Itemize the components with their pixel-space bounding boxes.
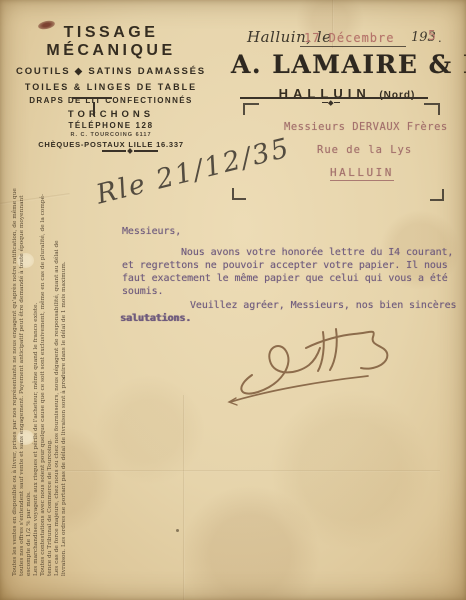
terms-sidebar: Toutes les ventes en disponible ou à liv… bbox=[12, 186, 74, 578]
contact-divider bbox=[102, 149, 158, 153]
company-city: HALLUIN (Nord) bbox=[231, 86, 463, 101]
terms-line: escompte de 1/2 % par mois. bbox=[26, 186, 33, 576]
letterhead-activity: TISSAGE MÉCANIQUE bbox=[10, 24, 212, 60]
trade-register: R. C. TOURCOING 6117 bbox=[10, 132, 212, 138]
terms-line: toutes nos offres s'entendent sauf vente… bbox=[19, 186, 26, 576]
body-line: et regrettons ne pouvoir accepter votre … bbox=[122, 260, 448, 271]
handwritten-signature bbox=[222, 320, 407, 410]
letterhead-divider bbox=[72, 97, 112, 99]
paper-speck bbox=[176, 529, 179, 532]
letterhead-products-4: TORCHONS bbox=[10, 109, 212, 120]
company-name: A. LAMAIRE & FILS bbox=[231, 50, 463, 79]
diamond-ornament bbox=[329, 100, 334, 105]
dateline-underline bbox=[300, 46, 406, 47]
dateline-period: . bbox=[438, 30, 442, 45]
divider-line bbox=[134, 150, 158, 152]
terms-text: Toutes les ventes en disponible ou à liv… bbox=[12, 186, 68, 576]
address-corner-mark-bottom-right bbox=[430, 189, 444, 201]
divider-line bbox=[102, 150, 126, 152]
address-corner-mark-top-right bbox=[424, 103, 440, 115]
closing-line: salutations. bbox=[120, 313, 191, 324]
letterhead-left-block: TISSAGE MÉCANIQUE COUTILS ◆ SATINS DAMAS… bbox=[10, 24, 212, 120]
terms-line: Les marchandises voyagent aux risques et… bbox=[33, 186, 40, 576]
letterhead-products-1: COUTILS ◆ SATINS DAMASSÉS bbox=[10, 66, 212, 77]
body-line: faut exactement le même papier que celui… bbox=[122, 273, 448, 284]
closing-line: Veuillez agréer, Messieurs, nos bien sin… bbox=[190, 300, 456, 311]
letterhead-contact-block: TÉLÉPHONE 128 R. C. TOURCOING 6117 CHÈQU… bbox=[10, 121, 212, 149]
company-divider-ornament bbox=[322, 101, 340, 105]
scanned-letter-page: TISSAGE MÉCANIQUE COUTILS ◆ SATINS DAMAS… bbox=[0, 0, 466, 600]
company-block: A. LAMAIRE & FILS HALLUIN (Nord) bbox=[231, 50, 463, 101]
recipient-street: Rue de la Lys bbox=[317, 144, 412, 156]
address-corner-mark-top-left bbox=[243, 103, 259, 115]
dateline-year-typed: 5 bbox=[428, 29, 436, 44]
diamond-ornament bbox=[127, 148, 133, 154]
company-department: (Nord) bbox=[379, 90, 415, 101]
fold-crease bbox=[183, 395, 185, 600]
salutation: Messieurs, bbox=[122, 226, 181, 237]
terms-line: Les cas de force majeure, chez nous ou c… bbox=[54, 186, 61, 576]
body-line: soumis. bbox=[122, 286, 163, 297]
divider-line bbox=[334, 102, 340, 103]
terms-line: Toutes les ventes en disponible ou à liv… bbox=[12, 186, 19, 576]
dateline-typed-date: 17 Décembre bbox=[304, 31, 394, 45]
letterhead-products-2: TOILES & LINGES DE TABLE bbox=[10, 82, 212, 92]
company-city-name: HALLUIN bbox=[279, 86, 371, 101]
terms-line: tence du Tribunal de Commerce de Tourcoi… bbox=[47, 186, 54, 576]
telephone-number: TÉLÉPHONE 128 bbox=[10, 121, 212, 130]
terms-line: Toutes contestations avec nous soient po… bbox=[40, 186, 47, 576]
fold-crease bbox=[40, 470, 440, 472]
address-corner-mark-bottom-left bbox=[232, 188, 246, 200]
body-line: Nous avons votre honorée lettre du I4 co… bbox=[181, 247, 453, 258]
terms-line: livraison. Les ordres ne portant pas de … bbox=[61, 186, 68, 576]
recipient-name: Messieurs DERVAUX Frères bbox=[284, 121, 448, 133]
recipient-city: HALLUIN bbox=[330, 166, 394, 181]
postal-account: CHÈQUES-POSTAUX LILLE 16.337 bbox=[10, 140, 212, 149]
company-divider bbox=[240, 97, 428, 99]
letterhead-divider-tick bbox=[93, 102, 95, 116]
